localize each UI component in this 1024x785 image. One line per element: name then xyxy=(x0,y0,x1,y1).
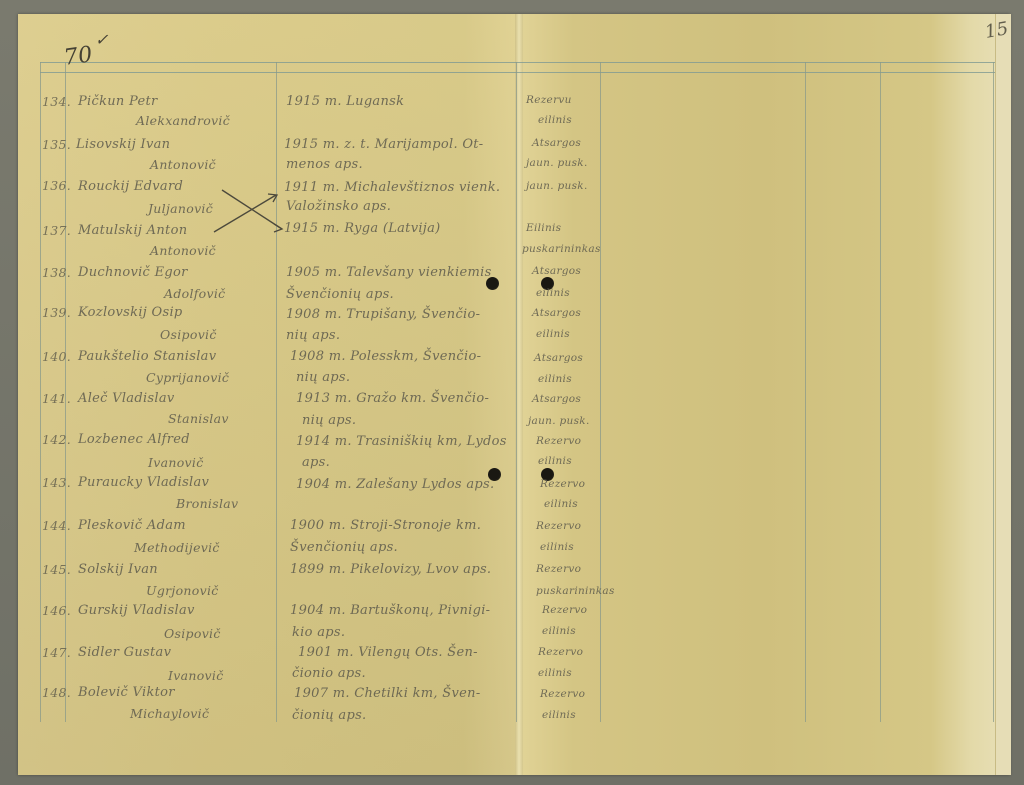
entry-number: 135. xyxy=(42,137,71,152)
entry-name: Pičkun Petr xyxy=(78,94,158,109)
entry-status-cont: eilinis xyxy=(536,328,570,340)
entry-patronymic: Bronislav xyxy=(176,496,238,511)
entry-birth-cont: nių aps. xyxy=(296,370,350,385)
entry-patronymic: Cyprijanovič xyxy=(146,370,229,385)
column-rule-blank-1 xyxy=(805,62,806,722)
entry-birth: 1908 m. Polesskm, Švenčio- xyxy=(290,349,481,364)
entry-number: 148. xyxy=(42,685,71,700)
entry-birth: 1915 m. Ryga (Latvija) xyxy=(284,221,441,236)
entry-number: 138. xyxy=(42,265,71,280)
folio-number-mark: 15 xyxy=(983,18,1010,43)
entry-status-cont: eilinis xyxy=(542,625,576,637)
entry-birth: 1905 m. Talevšany vienkiemis xyxy=(286,265,492,280)
entry-patronymic: Ugrjonovič xyxy=(146,583,219,598)
entry-birth-cont: menos aps. xyxy=(286,157,363,172)
entry-name: Matulskij Anton xyxy=(78,223,187,238)
entry-name: Aleč Vladislav xyxy=(78,391,175,406)
entry-name: Gurskij Vladislav xyxy=(78,603,195,618)
entry-status: Rezervo xyxy=(536,563,581,575)
entry-patronymic: Antonovič xyxy=(150,243,216,258)
entry-name: Sidler Gustav xyxy=(78,645,171,660)
entry-status: Rezervo xyxy=(536,435,581,447)
entry-patronymic: Osipovič xyxy=(164,626,221,641)
entry-number: 141. xyxy=(42,391,71,406)
entry-birth: 1904 m. Zalešany Lydos aps. xyxy=(296,477,494,492)
entry-status-cont: eilinis xyxy=(538,455,572,467)
entry-status-cont: eilinis xyxy=(538,114,572,126)
entry-name: Paukštelio Stanislav xyxy=(78,349,216,364)
entry-patronymic: Osipovič xyxy=(160,327,217,342)
entry-birth-cont: Valožinsko aps. xyxy=(286,199,391,214)
entry-status: Eilinis xyxy=(526,222,561,234)
entry-name: Duchnovič Egor xyxy=(78,265,188,280)
column-rule-left-margin xyxy=(40,62,41,722)
entry-status: Rezervo xyxy=(538,646,583,658)
entry-name: Bolevič Viktor xyxy=(78,685,175,700)
entry-name: Rouckij Edvard xyxy=(78,179,183,194)
entry-status: Atsargos xyxy=(532,137,581,149)
page-number-mark: 70 xyxy=(62,42,94,71)
entry-status: Atsargos xyxy=(534,352,583,364)
entry-status-cont: eilinis xyxy=(540,541,574,553)
entry-number: 147. xyxy=(42,645,71,660)
entry-birth: 1904 m. Bartuškonų, Pivnigi- xyxy=(290,603,490,618)
entry-name: Puraucky Vladislav xyxy=(78,475,209,490)
entry-status-cont: jaun. pusk. xyxy=(528,415,590,427)
entry-number: 137. xyxy=(42,223,71,238)
entry-patronymic: Stanislav xyxy=(168,411,229,426)
entry-status-cont: eilinis xyxy=(538,667,572,679)
entry-birth: 1911 m. Michalevštiznos vienk. xyxy=(284,180,500,195)
column-rule-right-margin xyxy=(993,62,994,722)
entry-number: 146. xyxy=(42,603,71,618)
entry-status-cont: puskarininkas xyxy=(536,585,615,597)
entry-birth-cont: nių aps. xyxy=(302,413,356,428)
entry-status-cont: jaun. pusk. xyxy=(526,157,588,169)
column-rule-name xyxy=(276,62,277,722)
entry-number: 140. xyxy=(42,349,71,364)
entry-birth-cont: Švenčionių aps. xyxy=(290,540,398,555)
entry-name: Lisovskij Ivan xyxy=(76,137,170,152)
entry-status: Rezervo xyxy=(536,520,581,532)
entry-birth: 1908 m. Trupišany, Švenčio- xyxy=(286,307,480,322)
entry-status: jaun. pusk. xyxy=(526,180,588,192)
entry-birth: 1899 m. Pikelovizy, Lvov aps. xyxy=(290,562,491,577)
entry-patronymic: Ivanovič xyxy=(148,455,204,470)
entry-birth-cont: aps. xyxy=(302,455,330,470)
entry-status: Atsargos xyxy=(532,265,581,277)
entry-number: 136. xyxy=(42,178,71,193)
entry-birth: 1914 m. Trasiniškių km, Lydos xyxy=(296,434,507,449)
entry-number: 134. xyxy=(42,94,71,109)
header-rule-top xyxy=(40,62,995,63)
entry-birth-cont: čionio aps. xyxy=(292,666,366,681)
check-mark-icon: ✓ xyxy=(95,30,109,49)
column-rule-birth xyxy=(516,62,517,722)
header-rule-bottom xyxy=(40,72,995,73)
entry-birth-cont: nių aps. xyxy=(286,328,340,343)
entry-status-cont: eilinis xyxy=(544,498,578,510)
entry-patronymic: Antonovič xyxy=(150,157,216,172)
entry-birth: 1913 m. Gražo km. Švenčio- xyxy=(296,391,489,406)
entry-status-cont: eilinis xyxy=(536,287,570,299)
entry-birth: 1915 m. z. t. Marijampol. Ot- xyxy=(284,137,484,152)
entry-status: Rezervo xyxy=(542,604,587,616)
entry-status: Rezervu xyxy=(526,94,572,106)
entry-status: Rezervo xyxy=(540,688,585,700)
entry-patronymic: Alekxandrovič xyxy=(136,113,230,128)
entry-patronymic: Michaylovič xyxy=(130,706,209,721)
entry-status-cont: puskarininkas xyxy=(522,243,601,255)
right-edge-strip xyxy=(995,14,1011,775)
entry-patronymic: Adolfovič xyxy=(164,286,225,301)
entry-number: 144. xyxy=(42,518,71,533)
entry-number: 142. xyxy=(42,432,71,447)
entry-status: Atsargos xyxy=(532,307,581,319)
entry-birth-cont: Švenčionių aps. xyxy=(286,287,394,302)
entry-birth: 1900 m. Stroji-Stronoje km. xyxy=(290,518,481,533)
entry-number: 143. xyxy=(42,475,71,490)
entry-status: Atsargos xyxy=(532,393,581,405)
entry-name: Lozbenec Alfred xyxy=(78,432,190,447)
entry-patronymic: Juljanovič xyxy=(148,201,213,216)
entry-name: Kozlovskij Osip xyxy=(78,305,183,320)
entry-patronymic: Methodijevič xyxy=(134,540,220,555)
entry-number: 139. xyxy=(42,305,71,320)
entry-birth: 1901 m. Vilengų Ots. Šen- xyxy=(298,645,478,660)
column-rule-blank-2 xyxy=(880,62,881,722)
entry-status: Rezervo xyxy=(540,478,585,490)
entry-number: 145. xyxy=(42,562,71,577)
entry-status-cont: eilinis xyxy=(538,373,572,385)
entry-birth-cont: čionių aps. xyxy=(292,708,366,723)
entry-status-cont: eilinis xyxy=(542,709,576,721)
entry-name: Solskij Ivan xyxy=(78,562,158,577)
entry-name: Pleskovič Adam xyxy=(78,518,186,533)
entry-birth: 1915 m. Lugansk xyxy=(286,94,404,109)
entry-birth-cont: kio aps. xyxy=(292,625,345,640)
column-rule-status xyxy=(600,62,601,722)
entry-patronymic: Ivanovič xyxy=(168,668,224,683)
entry-birth: 1907 m. Chetilki km, Šven- xyxy=(294,686,481,701)
